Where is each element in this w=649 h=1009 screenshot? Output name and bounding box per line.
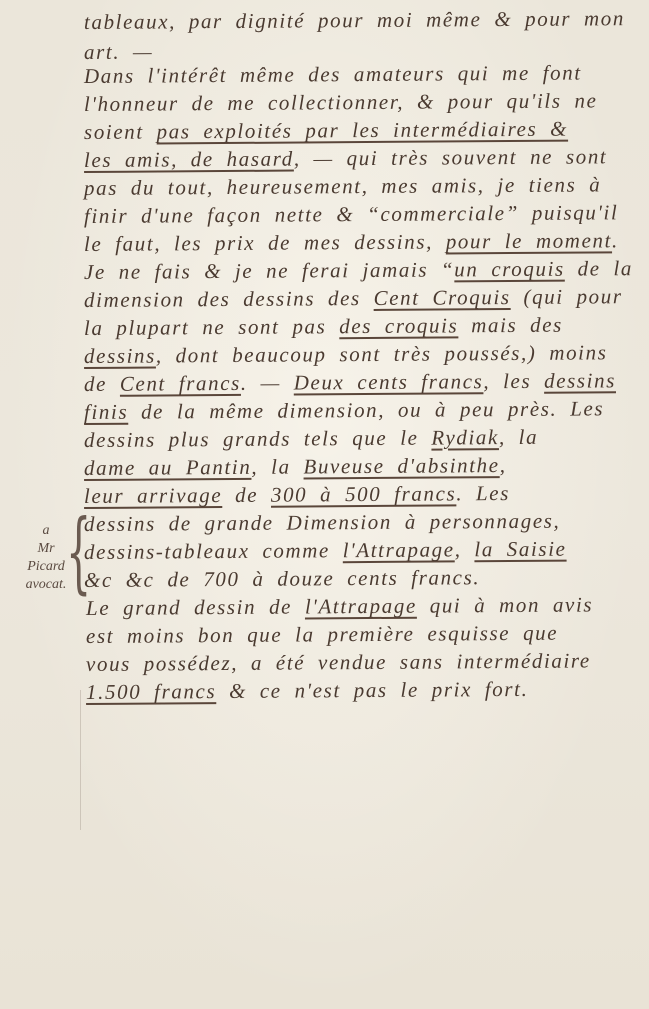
underlined-phrase: un croquis	[454, 257, 565, 282]
text-segment: de la	[565, 256, 633, 280]
handwritten-line: leur arrivage de 300 à 500 francs. Les	[84, 481, 510, 509]
underlined-phrase: des croquis	[339, 313, 458, 338]
underlined-phrase: finis	[84, 400, 128, 424]
text-segment: l'honneur de me collectionner, & pour qu…	[84, 88, 598, 116]
text-segment: ,	[455, 537, 475, 561]
text-segment: &c &c de 700 à douze cents francs.	[84, 565, 480, 592]
handwritten-line: Je ne fais & je ne ferai jamais “un croq…	[84, 256, 633, 285]
underlined-phrase: Cent francs	[120, 371, 241, 396]
text-segment: pas du tout, heureusement, mes amis, je …	[84, 172, 601, 200]
margin-note-line: Mr	[22, 540, 70, 558]
underlined-phrase: pas exploités par les intermédiaires &	[157, 117, 569, 144]
text-segment: qui à mon avis	[417, 592, 593, 617]
text-segment: .	[612, 228, 619, 252]
underlined-phrase: dessins	[544, 368, 616, 393]
text-segment: Dans l'intérêt même des amateurs qui me …	[84, 61, 582, 88]
handwritten-line: dessins, dont beaucoup sont très poussés…	[84, 340, 608, 369]
text-segment: , la	[251, 454, 303, 478]
margin-note-line: a	[22, 522, 70, 540]
handwritten-line: l'honneur de me collectionner, & pour qu…	[84, 88, 598, 117]
text-segment: de	[222, 483, 271, 507]
handwritten-line: le faut, les prix de mes dessins, pour l…	[84, 228, 619, 257]
text-segment: est moins bon que la première esquisse q…	[86, 621, 558, 648]
underlined-phrase: 300 à 500 francs	[271, 481, 457, 506]
handwritten-line: est moins bon que la première esquisse q…	[86, 621, 558, 649]
underlined-phrase: pour le moment	[446, 228, 612, 253]
handwritten-line: pas du tout, heureusement, mes amis, je …	[84, 172, 601, 201]
handwritten-line: dimension des dessins des Cent Croquis (…	[84, 284, 623, 313]
text-segment: dessins plus grands tels que le	[84, 426, 432, 452]
text-segment: , la	[499, 425, 538, 449]
text-segment: de	[84, 372, 120, 396]
underlined-phrase: Deux cents francs	[294, 369, 484, 394]
handwritten-line: Le grand dessin de l'Attrapage qui à mon…	[86, 592, 593, 621]
handwritten-line: la plupart ne sont pas des croquis mais …	[84, 313, 563, 341]
text-segment: finir d'une façon nette & “commerciale” …	[84, 200, 619, 228]
text-segment: . —	[241, 371, 294, 395]
text-segment: . Les	[456, 481, 510, 505]
handwritten-line: dame au Pantin, la Buveuse d'absinthe,	[84, 453, 507, 481]
margin-note-line: avocat.	[22, 576, 70, 594]
text-segment: dessins-tableaux comme	[84, 538, 343, 564]
handwritten-line: tableaux, par dignité pour moi même & po…	[84, 6, 625, 35]
text-segment: soient	[84, 119, 157, 144]
text-segment: , — qui très souvent ne sont	[294, 144, 608, 170]
text-segment: dimension des dessins des	[84, 286, 374, 312]
text-segment: tableaux, par dignité pour moi même & po…	[84, 6, 625, 34]
underlined-phrase: Buveuse d'absinthe	[303, 453, 499, 478]
underlined-phrase: les amis, de hasard	[84, 147, 294, 172]
handwritten-line: les amis, de hasard, — qui très souvent …	[84, 144, 608, 173]
underlined-phrase: dame au Pantin	[84, 455, 252, 480]
handwritten-line: &c &c de 700 à douze cents francs.	[84, 565, 480, 593]
handwritten-line: finis de la même dimension, ou à peu prè…	[84, 396, 604, 425]
handwritten-line: de Cent francs. — Deux cents francs, les…	[84, 368, 616, 397]
underlined-phrase: la Saisie	[474, 537, 566, 562]
underlined-phrase: l'Attrapage	[343, 537, 455, 562]
handwritten-line: dessins de grande Dimension à personnage…	[84, 509, 561, 537]
text-segment: de la même dimension, ou à peu près. Les	[128, 396, 604, 423]
underlined-phrase: Rydiak	[431, 425, 499, 449]
text-segment: (qui pour	[511, 284, 623, 309]
handwritten-line: dessins-tableaux comme l'Attrapage, la S…	[84, 537, 567, 565]
text-segment: ,	[500, 453, 507, 477]
text-segment: , les	[483, 369, 544, 393]
underlined-phrase: leur arrivage	[84, 483, 222, 508]
text-segment: Je ne fais & je ne ferai jamais “	[84, 257, 454, 284]
margin-note: a Mr Picard avocat.	[22, 522, 70, 594]
underlined-phrase: dessins	[84, 343, 156, 368]
handwritten-line: Dans l'intérêt même des amateurs qui me …	[84, 61, 582, 89]
handwritten-line: vous possédez, a été vendue sans intermé…	[86, 648, 591, 677]
text-segment: vous possédez, a été vendue sans intermé…	[86, 648, 591, 676]
manuscript-page: a Mr Picard avocat. { tableaux, par dign…	[0, 0, 649, 1009]
handwritten-line: dessins plus grands tels que le Rydiak, …	[84, 425, 538, 453]
handwritten-line: art. —	[84, 40, 153, 65]
underlined-phrase: 1.500 francs	[86, 679, 216, 704]
text-segment: dessins de grande Dimension à personnage…	[84, 509, 560, 536]
underlined-phrase: l'Attrapage	[305, 594, 417, 619]
text-segment: & ce n'est pas le prix fort.	[216, 677, 528, 703]
handwritten-line: soient pas exploités par les intermédiai…	[84, 117, 568, 145]
handwritten-line: finir d'une façon nette & “commerciale” …	[84, 200, 619, 229]
text-segment: le faut, les prix de mes dessins,	[84, 229, 446, 256]
handwritten-line: 1.500 francs & ce n'est pas le prix fort…	[86, 677, 529, 705]
text-segment: mais des	[458, 313, 563, 338]
text-segment: , dont beaucoup sont très poussés,) moin…	[156, 340, 608, 367]
margin-rule	[80, 690, 81, 830]
text-segment: art. —	[84, 40, 153, 64]
text-segment: Le grand dessin de	[86, 594, 305, 620]
text-segment: la plupart ne sont pas	[84, 314, 339, 340]
margin-note-line: Picard	[22, 558, 70, 576]
underlined-phrase: Cent Croquis	[373, 285, 510, 310]
